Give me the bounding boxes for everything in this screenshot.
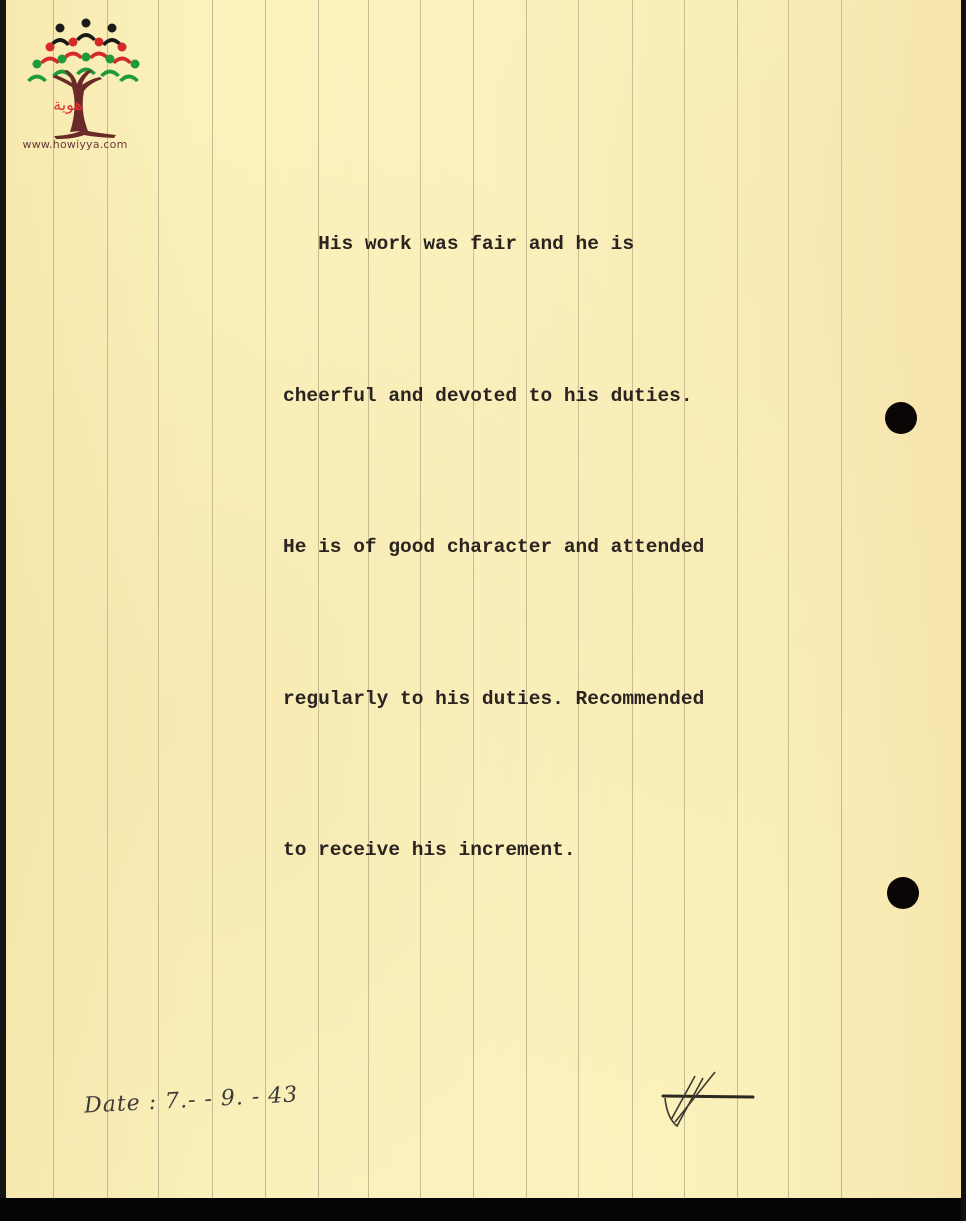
scan-right-edge [961, 0, 966, 1221]
ruled-line [158, 0, 159, 1203]
ruled-line [212, 0, 213, 1203]
punch-hole [887, 877, 919, 909]
handwritten-initials-signature-icon [655, 1070, 765, 1130]
body-line: regularly to his duties. Recommended [283, 674, 704, 725]
body-line: cheerful and devoted to his duties. [283, 371, 704, 422]
body-line: to receive his increment. [283, 825, 704, 876]
body-line: His work was fair and he is [283, 219, 704, 270]
ruled-line [53, 0, 54, 1203]
body-line: He is of good character and attended [283, 522, 704, 573]
ruled-line [107, 0, 108, 1203]
ruled-line [265, 0, 266, 1203]
punch-hole [885, 402, 917, 434]
report-body-text: His work was fair and he is cheerful and… [283, 118, 704, 926]
ruled-line [841, 0, 842, 1203]
svg-text:هوية: هوية [53, 95, 83, 115]
scan-bottom-edge [0, 1198, 966, 1221]
ruled-line [788, 0, 789, 1203]
howiyya-tree-logo-icon: هوية [10, 14, 140, 154]
watermark-url: www.howiyya.com [10, 138, 140, 151]
ruled-line [737, 0, 738, 1203]
